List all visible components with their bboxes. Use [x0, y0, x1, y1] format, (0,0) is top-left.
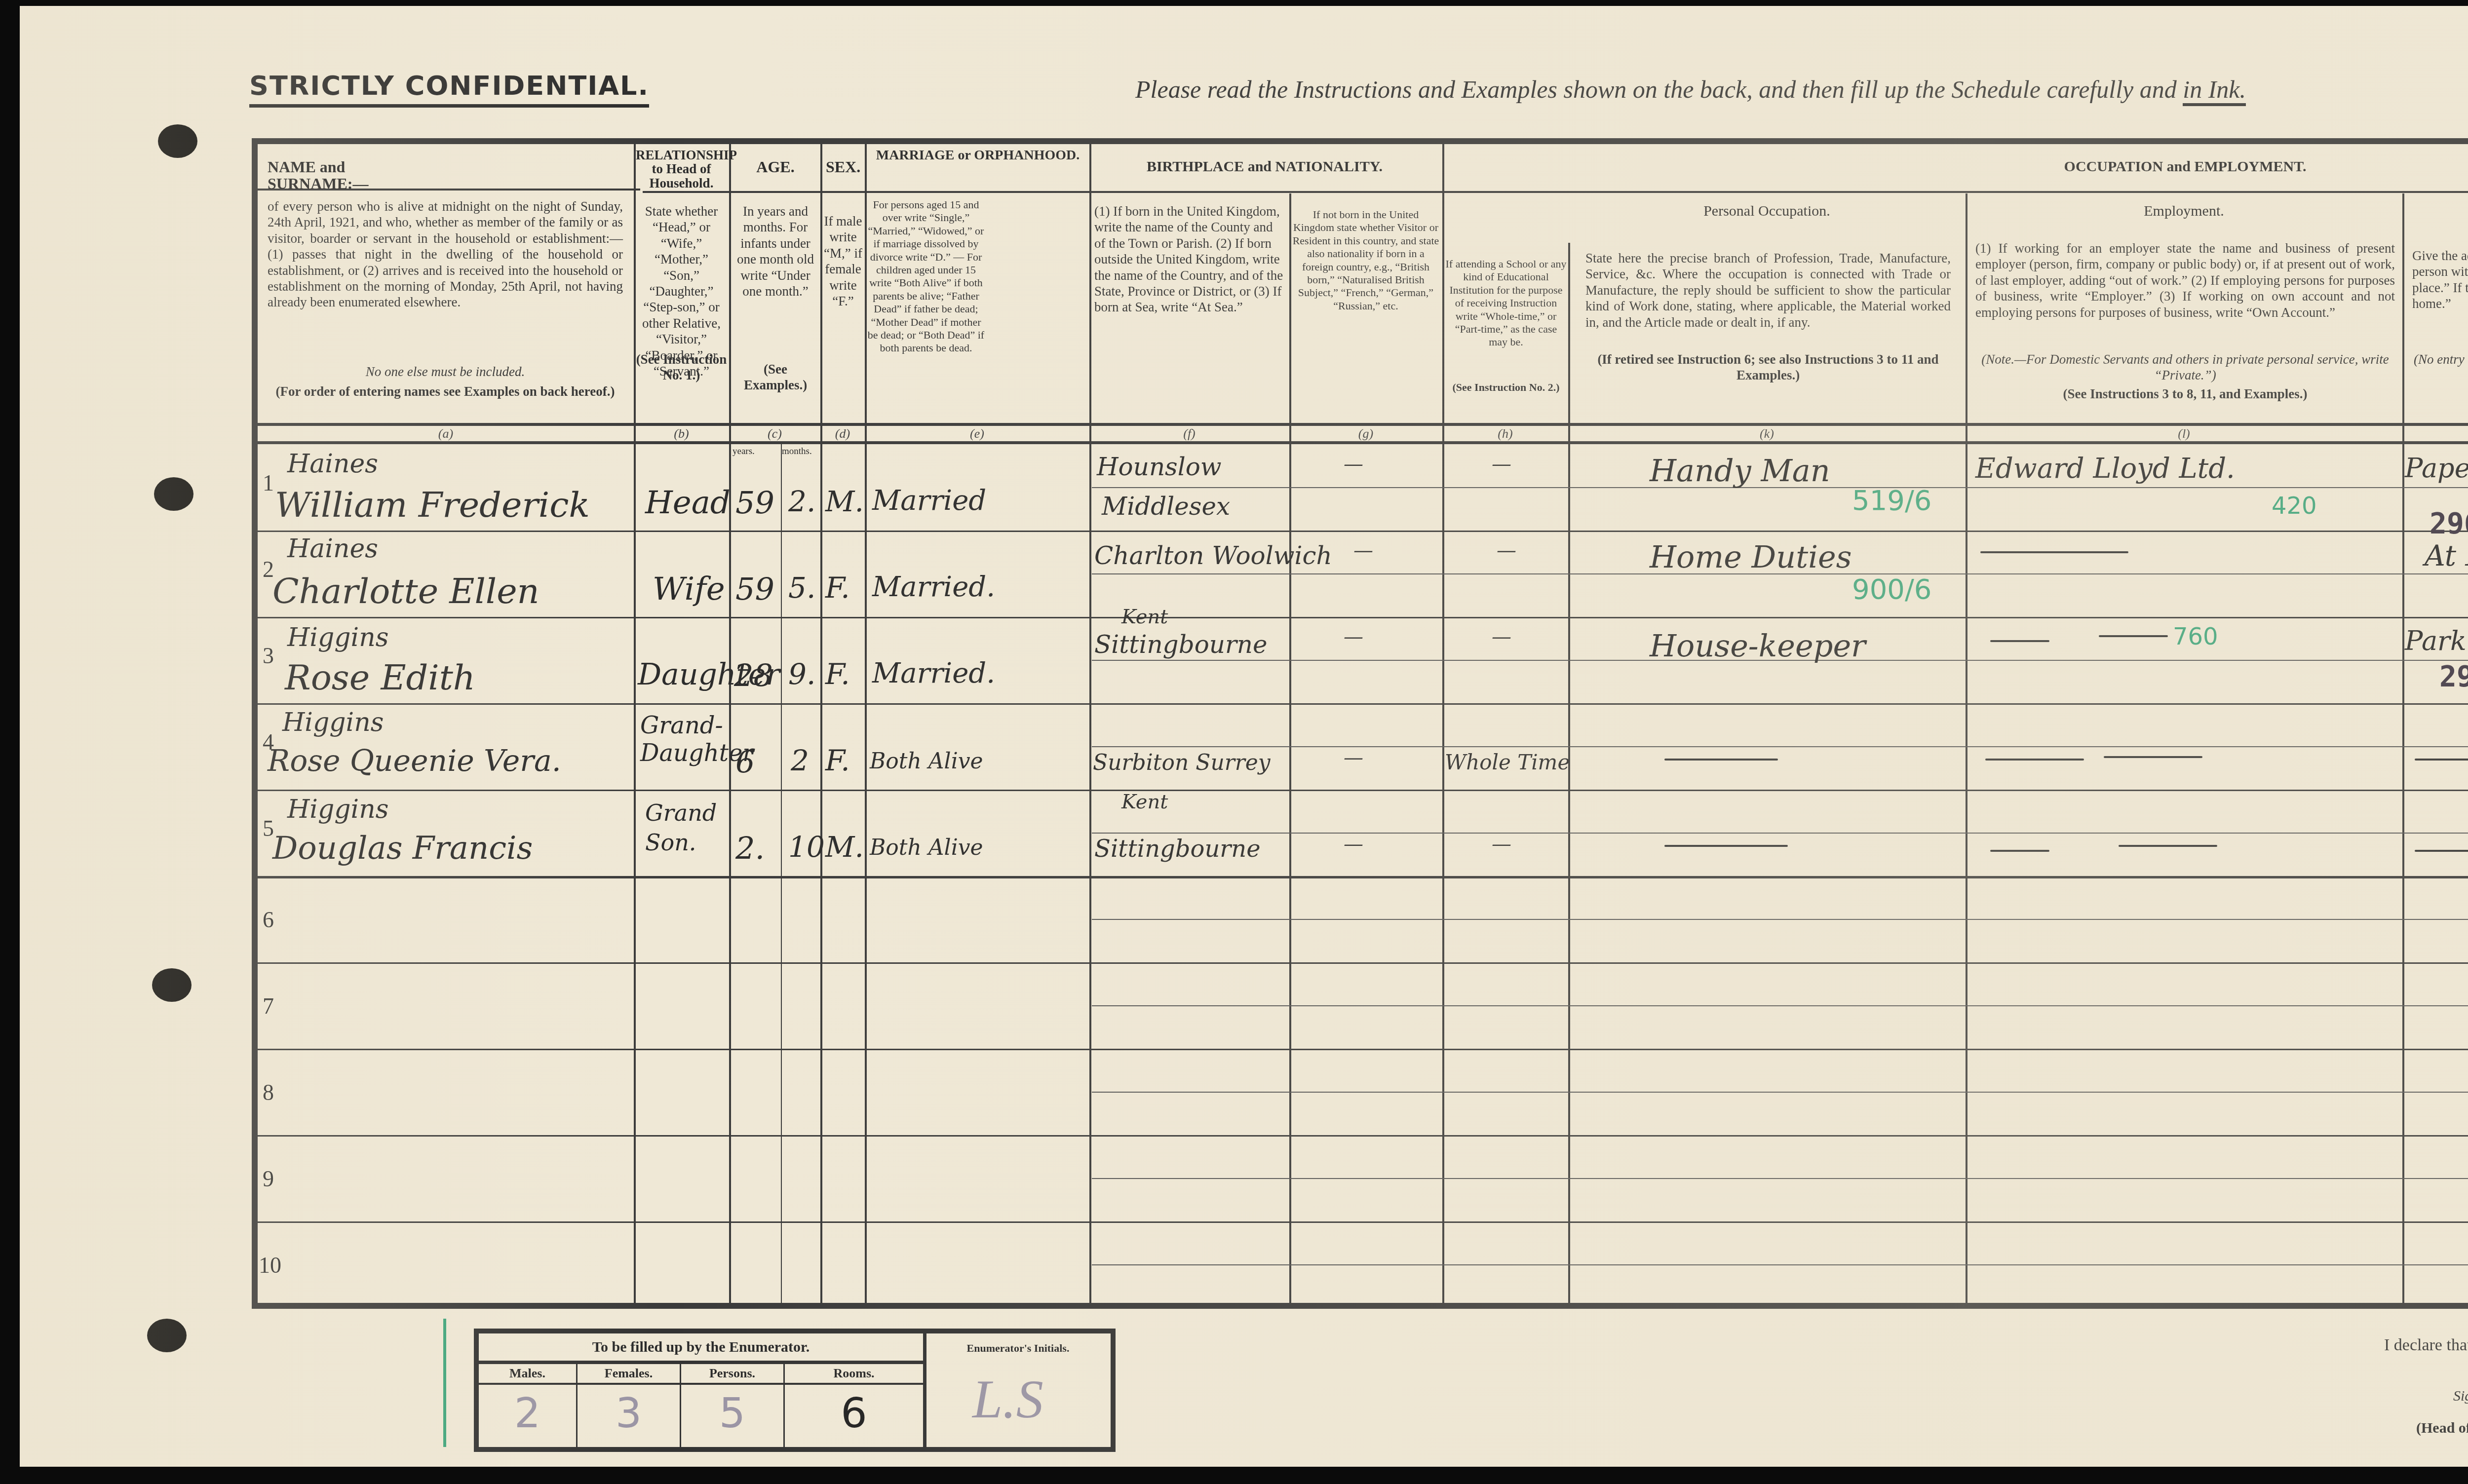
surname-cell[interactable]: Haines	[287, 534, 378, 564]
col-divider	[781, 444, 782, 1303]
header-place-of-work-body: Give the address of each person's place …	[2412, 248, 2468, 312]
birthplace-county-cell[interactable]: Middlesex	[1102, 492, 1230, 521]
school-cell[interactable]: —	[1492, 453, 1511, 475]
males-field[interactable]: Males. 2	[479, 1364, 578, 1447]
row-divider	[258, 1049, 2468, 1050]
forenames-cell[interactable]: William Frederick	[275, 485, 590, 525]
birthplace-county-cell[interactable]: Kent	[1121, 791, 1168, 813]
age-years-cell[interactable]: 59	[735, 571, 774, 607]
nationality-cell[interactable]: —	[1344, 746, 1363, 769]
header-relationship: RELATIONSHIP to Head of Household.	[636, 148, 727, 190]
header-birthplace-body: (1) If born in the United Kingdom, write…	[1094, 203, 1287, 315]
forenames-cell[interactable]: Rose Edith	[285, 657, 475, 698]
col-divider	[729, 144, 731, 1303]
header-relationship-footer: (See Instruction No. 1.)	[636, 351, 727, 383]
punch-hole	[158, 124, 197, 158]
marriage-cell[interactable]: Both Alive	[870, 749, 983, 774]
place-code-stamp: 2960 01	[2429, 507, 2468, 540]
occupation-dash	[1664, 845, 1788, 847]
occupation-cell[interactable]: Handy Man	[1650, 453, 1830, 489]
page-title: STRICTLY CONFIDENTIAL.	[249, 70, 649, 108]
col-letter: (m)	[2402, 426, 2468, 441]
birthplace-cell[interactable]: Charlton Woolwich	[1094, 541, 1332, 570]
employment-cell[interactable]: Edward Lloyd Ltd.	[1975, 453, 2235, 485]
marriage-cell[interactable]: Married.	[872, 657, 995, 689]
header-birthplace-group: BIRTHPLACE and NATIONALITY.	[1092, 159, 1437, 175]
header-marriage-body: For persons aged 15 and over write “Sing…	[867, 198, 985, 355]
age-years-cell[interactable]: 28	[734, 657, 773, 693]
sex-cell[interactable]: F.	[825, 571, 850, 605]
surname-cell[interactable]: Haines	[287, 449, 378, 479]
occupation-cell[interactable]: Home Duties	[1650, 539, 1851, 575]
sex-cell[interactable]: M.	[825, 830, 864, 864]
age-months-cell[interactable]: 2.	[788, 485, 815, 518]
persons-label: Persons.	[681, 1364, 783, 1385]
row-divider	[258, 962, 2468, 964]
header-age-body: In years and months. For infants under o…	[732, 203, 819, 299]
half-divider	[1092, 1092, 2468, 1093]
header-name-body: of every person who is alive at midnight…	[268, 198, 623, 310]
employment-dash	[2104, 756, 2202, 758]
birthplace-county-cell[interactable]: Kent	[1121, 606, 1168, 628]
half-divider	[1092, 746, 2468, 747]
row-divider	[258, 531, 2468, 532]
age-months-cell[interactable]: 10	[788, 830, 825, 864]
surname-cell[interactable]: Higgins	[287, 623, 388, 652]
employment-dash	[1980, 551, 2128, 553]
relationship-cell[interactable]: Grand-Daughter	[640, 712, 729, 767]
col-letter: (f)	[1089, 426, 1289, 441]
employment-dash	[1990, 640, 2049, 642]
age-years-label: years.	[733, 446, 755, 457]
birthplace-cell[interactable]: Sittingbourne	[1094, 835, 1261, 863]
row-divider	[258, 790, 2468, 791]
age-years-cell[interactable]: 6	[735, 744, 755, 780]
header-place-of-work: Place of Work.	[2405, 203, 2468, 219]
school-cell[interactable]: —	[1497, 539, 1516, 562]
header-age-footer: (See Examples.)	[732, 361, 819, 393]
col-letter: (b)	[634, 426, 729, 441]
header-personal-occupation-body: State here the precise branch of Profess…	[1585, 250, 1951, 330]
row-number: 9	[263, 1166, 274, 1192]
forenames-cell[interactable]: Rose Queenie Vera.	[268, 744, 561, 778]
census-schedule-page: STRICTLY CONFIDENTIAL. Please read the I…	[20, 6, 2468, 1467]
males-value: 2	[479, 1385, 576, 1437]
females-field[interactable]: Females. 3	[578, 1364, 681, 1447]
header-employment-body: (1) If working for an employer state the…	[1975, 240, 2395, 320]
punch-hole	[154, 477, 193, 511]
rooms-value: 6	[785, 1385, 923, 1437]
punch-hole	[152, 968, 192, 1002]
place-of-work-cell[interactable]: Paper Mills Sittingbourne	[2405, 453, 2468, 484]
males-label: Males.	[479, 1364, 576, 1385]
employment-code: 420	[2272, 492, 2317, 520]
header-sex: SEX.	[822, 159, 864, 176]
header-occupation-group: OCCUPATION and EMPLOYMENT.	[1445, 159, 2468, 175]
col-divider	[1442, 144, 1444, 1303]
birthplace-cell[interactable]: Surbiton Surrey	[1093, 750, 1271, 775]
signature-label: Signature	[2453, 1388, 2468, 1405]
header-age: AGE.	[732, 159, 819, 176]
enumerator-box-header: To be filled up by the Enumerator.	[479, 1333, 923, 1364]
header-school-body: If attending a School or any kind of Edu…	[1445, 258, 1567, 349]
sex-cell[interactable]: M.	[825, 485, 864, 518]
nationality-cell[interactable]: —	[1344, 453, 1363, 475]
occupation-cell[interactable]: House-keeper	[1650, 628, 1866, 664]
col-letter: (k)	[1568, 426, 1966, 441]
header-personal-occupation: Personal Occupation.	[1571, 203, 1963, 219]
enumerator-box: To be filled up by the Enumerator. Enume…	[474, 1329, 1116, 1452]
row-number: 7	[263, 993, 274, 1019]
sex-cell[interactable]: F.	[825, 657, 850, 691]
col-letter: (g)	[1289, 426, 1442, 441]
employment-dash	[1990, 850, 2049, 852]
half-divider	[1092, 1005, 2468, 1006]
enumerator-initials-value[interactable]: L.S	[972, 1368, 1043, 1431]
sex-cell[interactable]: F.	[825, 744, 850, 777]
age-years-cell[interactable]: 59	[735, 485, 774, 521]
row-number: 8	[263, 1079, 274, 1105]
age-months-cell[interactable]: 9.	[788, 657, 815, 691]
females-label: Females.	[578, 1364, 680, 1385]
half-divider	[1092, 1178, 2468, 1179]
header-marriage: MARRIAGE or ORPHANHOOD.	[867, 148, 1089, 162]
age-months-cell[interactable]: 5.	[788, 571, 815, 605]
place-of-work-cell[interactable]: At Home.	[2425, 539, 2468, 572]
signature-caption: (Head of Household, Manager of Establish…	[2416, 1420, 2468, 1437]
col-letter: (h)	[1442, 426, 1568, 441]
half-divider	[1092, 1264, 2468, 1265]
row-number: 6	[263, 907, 274, 933]
school-cell[interactable]: Whole Time	[1445, 750, 1570, 774]
surname-cell[interactable]: Higgins	[282, 708, 384, 737]
persons-field[interactable]: Persons. 5	[681, 1364, 785, 1447]
row-divider	[258, 1135, 2468, 1137]
age-months-cell[interactable]: 2	[791, 744, 809, 777]
header-name: NAME and SURNAME:—	[268, 159, 416, 192]
header-personal-occupation-footer: (If retired see Instruction 6; see also …	[1585, 351, 1951, 383]
school-cell[interactable]: —	[1492, 625, 1511, 648]
birthplace-cell[interactable]: Sittingbourne	[1094, 630, 1268, 659]
occupation-code: 519/6	[1852, 485, 1931, 517]
forenames-cell[interactable]: Charlotte Ellen	[272, 571, 540, 611]
relationship-cell[interactable]: Grand Son.	[645, 798, 724, 857]
row-divider	[258, 1221, 2468, 1223]
marriage-cell[interactable]: Both Alive	[870, 835, 983, 860]
punch-hole	[147, 1319, 187, 1352]
persons-value: 5	[681, 1385, 783, 1437]
half-divider	[1092, 833, 2468, 834]
row-number: 1	[263, 470, 274, 496]
col-letter: (e)	[865, 426, 1089, 441]
age-years-cell[interactable]: 2.	[735, 830, 765, 866]
birthplace-cell[interactable]: Hounslow	[1097, 453, 1222, 481]
col-letter: (l)	[1966, 426, 2402, 441]
row-divider	[258, 617, 2468, 618]
instructions-emphasis: in Ink.	[2183, 76, 2246, 106]
enumerator-initials-label: Enumerator's Initials.	[925, 1333, 1111, 1363]
header-employment: Employment.	[1968, 203, 2400, 219]
relationship-cell[interactable]: Wife	[653, 571, 725, 608]
occupation-code: 900/6	[1852, 573, 1931, 606]
rooms-field[interactable]: Rooms. 6	[785, 1364, 923, 1447]
employment-dash	[2119, 845, 2217, 847]
col-letter: (a)	[258, 426, 634, 441]
col-letter: (d)	[820, 426, 865, 441]
header-employment-note: (Note.—For Domestic Servants and others …	[1975, 351, 2395, 383]
rooms-label: Rooms.	[785, 1364, 923, 1385]
nationality-cell[interactable]: —	[1353, 539, 1373, 562]
green-margin-mark	[443, 1319, 446, 1447]
employment-dash	[1985, 759, 2084, 761]
header-name-footer: (For order of entering names see Example…	[268, 383, 623, 399]
relationship-cell[interactable]: Head	[645, 485, 731, 521]
divider	[258, 441, 2468, 444]
row-number: 3	[263, 643, 274, 669]
nationality-cell[interactable]: —	[1344, 833, 1363, 855]
nationality-cell[interactable]: —	[1344, 625, 1363, 648]
females-value: 3	[578, 1385, 680, 1437]
instructions-text: Please read the Instructions and Example…	[1135, 76, 2177, 103]
header-school-footer: (See Instruction No. 2.)	[1445, 381, 1567, 394]
col-divider	[820, 144, 822, 1303]
census-table: NAME and SURNAME:— of every person who i…	[252, 138, 2468, 1309]
instructions-line: Please read the Instructions and Example…	[1135, 75, 2246, 104]
marriage-cell[interactable]: Married	[872, 485, 986, 517]
occupation-dash	[1664, 759, 1778, 761]
place-dash	[2415, 850, 2468, 852]
col-divider	[1089, 144, 1091, 1303]
surname-cell[interactable]: Higgins	[287, 795, 388, 824]
header-employment-footer: (See Instructions 3 to 8, 11, and Exampl…	[1975, 386, 2395, 402]
divider	[1092, 191, 2468, 193]
row-divider	[258, 703, 2468, 705]
place-code-stamp: 2960 01	[2439, 660, 2468, 693]
header-name-note: No one else must be included.	[268, 364, 623, 380]
employment-dash	[2099, 635, 2168, 637]
age-months-label: months.	[782, 446, 812, 457]
place-dash	[2415, 759, 2468, 761]
school-cell[interactable]: —	[1492, 833, 1511, 855]
place-of-work-cell[interactable]: Park Rd Sittingbourne	[2405, 625, 2468, 656]
header-nationality-body: If not born in the United Kingdom state …	[1292, 208, 1440, 312]
marriage-cell[interactable]: Married.	[872, 571, 995, 603]
forenames-cell[interactable]: Douglas Francis	[272, 830, 533, 867]
divider	[258, 423, 2468, 426]
half-divider	[1092, 919, 2468, 920]
col-letter: (c)	[729, 426, 820, 441]
declaration-text: I declare that this Schedule is correctl…	[2384, 1336, 2468, 1355]
row-number: 10	[259, 1252, 281, 1278]
header-sex-body: If male write “M,” if female write “F.”	[822, 213, 864, 309]
employment-code: 760	[2173, 623, 2218, 650]
header-place-of-work-note: (No entry is required for any person who…	[2412, 351, 2468, 383]
row-divider	[258, 876, 2468, 878]
